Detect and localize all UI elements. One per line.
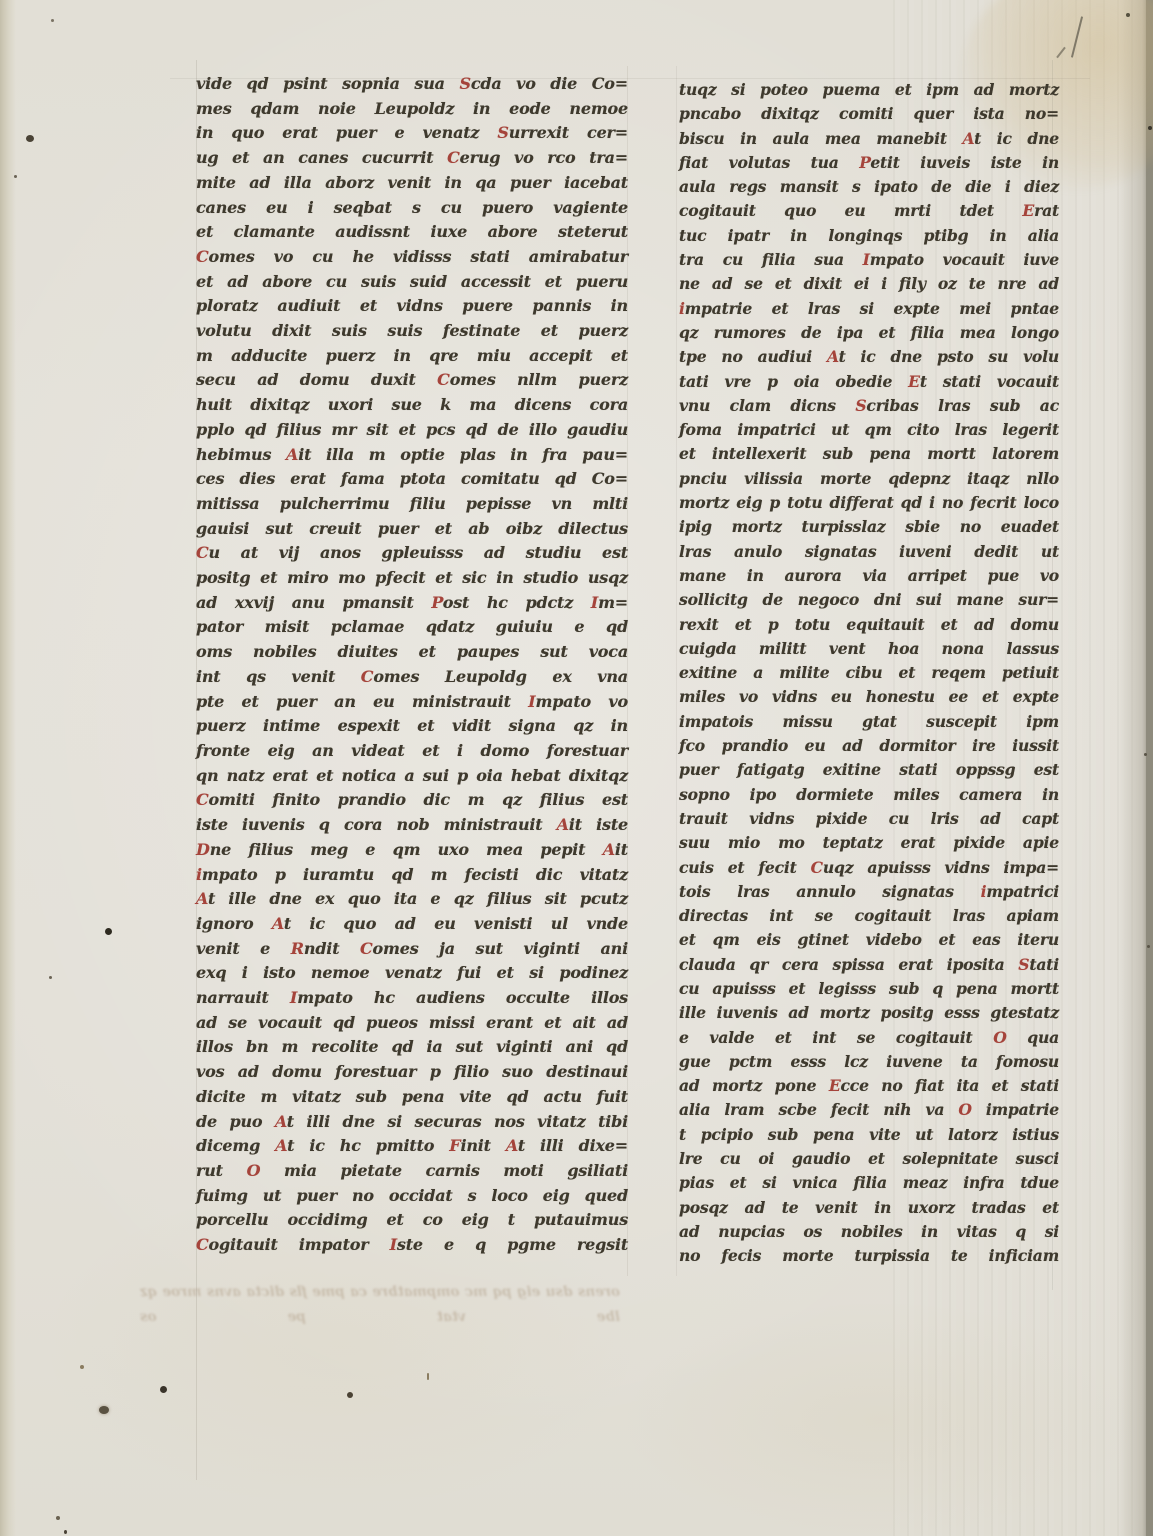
manuscript-line: impato p iuramtu qd m fecisti dic vitatz (196, 863, 628, 888)
ink-speck (26, 135, 34, 142)
manuscript-line: ipig mortz turpisslaz sbie no euadet (679, 515, 1059, 539)
manuscript-line: Cu at vij anos gpleuisss ad studiu est (196, 541, 628, 566)
rubric-initial: C (196, 790, 209, 809)
manuscript-line: tois lras annulo signatas impatrici (679, 880, 1059, 904)
manuscript-line: mite ad illa aborz venit in qa puer iace… (196, 171, 628, 196)
parchment-mottling (620, 1300, 1140, 1536)
manuscript-line: cuigda militt vent hoa nona lassus (679, 637, 1059, 661)
manuscript-line: positg et miro mo pfecit et sic in studi… (196, 566, 628, 591)
manuscript-line: et intellexerit sub pena mortt latorem (679, 442, 1059, 466)
page-gutter-edge (0, 0, 16, 1536)
manuscript-line: cogitauit quo eu mrti tdet Erat (679, 199, 1059, 223)
manuscript-line: pias et si vnica filia meaz infra tdue (679, 1171, 1059, 1195)
rubric-initial: C (811, 858, 823, 877)
manuscript-page: vide qd psint sopnia sua Scda vo die Co=… (0, 0, 1153, 1536)
manuscript-line: no fecis morte turpissia te inficiam (679, 1244, 1059, 1268)
manuscript-line: aula regs mansit s ipato de die i diez (679, 175, 1059, 199)
rubric-initial: P (431, 593, 442, 612)
rubric-initial: S (497, 123, 508, 142)
manuscript-line: qz rumores de ipa et filia mea longo (679, 321, 1059, 345)
rubric-initial: A (196, 889, 208, 908)
manuscript-line: et clamante audissnt iuxe abore steterut (196, 220, 628, 245)
manuscript-line: mane in aurora via arripet pue vo (679, 564, 1059, 588)
rubric-initial: F (449, 1136, 460, 1155)
rubric-initial: C (196, 1235, 209, 1254)
rubric-initial: A (827, 347, 839, 366)
page-right-edge-shade (1118, 0, 1148, 1536)
manuscript-line: mes qdam noie Leupoldz in eode nemoe (196, 97, 628, 122)
manuscript-line: pplo qd filius mr sit et pcs qd de illo … (196, 418, 628, 443)
page-right-outer-strip (1146, 0, 1153, 1536)
rubric-initial: C (360, 939, 373, 958)
manuscript-line: vide qd psint sopnia sua Scda vo die Co= (196, 72, 628, 97)
manuscript-line: gauisi sut creuit puer et ab oibz dilect… (196, 517, 628, 542)
manuscript-line: porcellu occidimg et co eig t putauimus (196, 1208, 628, 1233)
manuscript-line: trauit vidns pixide cu lris ad capt (679, 807, 1059, 831)
manuscript-line: exq i isto nemoe venatz fui et si podine… (196, 961, 628, 986)
manuscript-line: huit dixitqz uxori sue k ma dicens cora (196, 393, 628, 418)
manuscript-line: secu ad domu duxit Comes nllm puerz (196, 368, 628, 393)
manuscript-line: impatrie et lras si expte mei pntae (679, 297, 1059, 321)
ink-speck (105, 928, 112, 935)
manuscript-line: miles vo vidns eu honestu ee et expte (679, 685, 1059, 709)
manuscript-line: directas int se cogitauit lras apiam (679, 904, 1059, 928)
manuscript-line: cu apuisss et legisss sub q pena mortt (679, 977, 1059, 1001)
manuscript-line: tuqz si poteo puema et ipm ad mortz (679, 78, 1059, 102)
manuscript-line: hebimus Ait illa m optie plas in fra pau… (196, 443, 628, 468)
manuscript-line: rexit et p totu equitauit et ad domu (679, 613, 1059, 637)
manuscript-line: biscu in aula mea manebit At ic dne (679, 127, 1059, 151)
manuscript-line: dicite m vitatz sub pena vite qd actu fu… (196, 1085, 628, 1110)
rubric-initial: E (1022, 201, 1034, 220)
manuscript-line: ad xxvij anu pmansit Post hc pdctz Im= (196, 591, 628, 616)
rubric-initial: I (390, 1235, 397, 1254)
manuscript-line: volutu dixit suis suis festinate et puer… (196, 319, 628, 344)
manuscript-line: posqz ad te venit in uxorz tradas et (679, 1196, 1059, 1220)
manuscript-line: gue pctm esss lcz iuvene ta fomosu (679, 1050, 1059, 1074)
manuscript-line: ploratz audiuit et vidns puere pannis in (196, 294, 628, 319)
manuscript-line: ignoro At ic quo ad eu venisti ul vnde (196, 912, 628, 937)
manuscript-line: ug et an canes cucurrit Cerug vo rco tra… (196, 146, 628, 171)
rubric-initial: R (291, 939, 304, 958)
manuscript-line: mitissa pulcherrimu filiu pepisse vn mlt… (196, 492, 628, 517)
manuscript-line: et qm eis gtinet videbo et eas iteru (679, 928, 1059, 952)
manuscript-line: dicemg At ic hc pmitto Finit At illi dix… (196, 1134, 628, 1159)
rubric-initial: A (557, 815, 569, 834)
manuscript-line: narrauit Impato hc audiens occulte illos (196, 986, 628, 1011)
rubric-initial: S (459, 74, 470, 93)
rubric-initial: I (863, 250, 870, 269)
rubric-initial: A (275, 1112, 287, 1131)
rubric-initial: C (196, 543, 209, 562)
manuscript-line: ces dies erat fama ptota comitatu qd Co= (196, 467, 628, 492)
manuscript-line: illos bn m recolite qd ia sut viginti an… (196, 1035, 628, 1060)
rubric-initial: A (286, 445, 298, 464)
manuscript-line: suu mio mo teptatz erat pixide apie (679, 831, 1059, 855)
manuscript-line: puer fatigatg exitine stati oppssg est (679, 758, 1059, 782)
manuscript-line: oms nobiles diuites et paupes sut voca (196, 640, 628, 665)
text-column-right: tuqz si poteo puema et ipm ad mortzpncab… (679, 78, 1059, 1269)
ruling-line-vertical (676, 66, 677, 1276)
manuscript-line: cuis et fecit Cuqz apuisss vidns impa= (679, 856, 1059, 880)
ink-speck (49, 976, 52, 979)
rubric-initial: C (361, 667, 374, 686)
manuscript-line: mortz eig p totu differat qd i no fecrit… (679, 491, 1059, 515)
manuscript-line: sollicitg de negoco dni sui mane sur= (679, 588, 1059, 612)
manuscript-line: fronte eig an videat et i domo forestuar (196, 739, 628, 764)
manuscript-line: iste iuvenis q cora nob ministrauit Ait … (196, 813, 628, 838)
manuscript-line: canes eu i seqbat s cu puero vagiente (196, 196, 628, 221)
rubric-initial: E (908, 372, 920, 391)
manuscript-line: puerz intime espexit et vidit signa qz i… (196, 714, 628, 739)
manuscript-line: ad mortz pone Ecce no fiat ita et stati (679, 1074, 1059, 1098)
manuscript-line: m adducite puerz in qre miu accepit et (196, 344, 628, 369)
manuscript-line: in quo erat puer e venatz Surrexit cer= (196, 121, 628, 146)
manuscript-line: vnu clam dicns Scribas lras sub ac (679, 394, 1059, 418)
ink-speck (64, 1530, 67, 1534)
manuscript-line: lras anulo signatas iuveni dedit ut (679, 540, 1059, 564)
text-column-left: vide qd psint sopnia sua Scda vo die Co=… (196, 72, 628, 1258)
manuscript-line: Comes vo cu he vidisss stati amirabatur (196, 245, 628, 270)
manuscript-line: tra cu filia sua Impato vocauit iuve (679, 248, 1059, 272)
manuscript-line: exitine a milite cibu et reqem petiuit (679, 661, 1059, 685)
manuscript-line: tpe no audiui At ic dne psto su volu (679, 345, 1059, 369)
manuscript-line: foma impatrici ut qm cito lras legerit (679, 418, 1059, 442)
manuscript-line: Cogitauit impator Iste e q pgme regsit (196, 1233, 628, 1258)
rubric-initial: O (247, 1161, 261, 1180)
rubric-initial: I (591, 593, 598, 612)
rubric-initial: S (855, 396, 866, 415)
rubric-initial: P (859, 153, 870, 172)
manuscript-line: impatois missu gtat suscepit ipm (679, 710, 1059, 734)
manuscript-line: pte et puer an eu ministrauit Impato vo (196, 690, 628, 715)
manuscript-line: int qs venit Comes Leupoldg ex vna (196, 665, 628, 690)
manuscript-line: venit e Rndit Comes ja sut viginti ani (196, 937, 628, 962)
manuscript-line: fiat volutas tua Petit iuveis iste in (679, 151, 1059, 175)
manuscript-line: pnciu vilissia morte qdepnz itaqz nllo (679, 467, 1059, 491)
manuscript-line: e valde et int se cogitauit O qua (679, 1026, 1059, 1050)
manuscript-line: clauda qr cera spissa erat iposita Stati (679, 953, 1059, 977)
rubric-initial: C (196, 247, 209, 266)
manuscript-line: ille iuvenis ad mortz positg esss gtesta… (679, 1001, 1059, 1025)
rubric-initial: C (447, 148, 460, 167)
rubric-initial: A (506, 1136, 518, 1155)
manuscript-line: Dne filius meg e qm uxo mea pepit Ait (196, 838, 628, 863)
rubric-initial: O (958, 1100, 971, 1119)
manuscript-line: et ad abore cu suis suid accessit et pue… (196, 270, 628, 295)
manuscript-line: fuimg ut puer no occidat s loco eig qued (196, 1184, 628, 1209)
rubric-initial: A (603, 840, 615, 859)
ink-speck (56, 1516, 60, 1520)
rubric-initial: A (272, 914, 284, 933)
rubric-initial: C (437, 370, 450, 389)
manuscript-line: tuc ipatr in longinqs ptibg in alia (679, 224, 1059, 248)
manuscript-line: fco prandio eu ad dormitor ire iussit (679, 734, 1059, 758)
manuscript-line: Comiti finito prandio dic m qz filius es… (196, 788, 628, 813)
manuscript-line: ad nupcias os nobiles in vitas q si (679, 1220, 1059, 1244)
manuscript-line: sopno ipo dormiete miles camera in (679, 783, 1059, 807)
manuscript-line: qn natz erat et notica a sui p oia hebat… (196, 764, 628, 789)
manuscript-line: At ille dne ex quo ita e qz filius sit p… (196, 887, 628, 912)
manuscript-line: pncabo dixitqz comiti quer ista no= (679, 102, 1059, 126)
manuscript-line: t pcipio sub pena vite ut latorz istius (679, 1123, 1059, 1147)
rubric-initial: D (196, 840, 210, 859)
manuscript-line: alia lram scbe fecit nih va O impatrie (679, 1098, 1059, 1122)
rubric-initial: A (275, 1136, 287, 1155)
ink-speck (51, 19, 54, 22)
rubric-initial: O (993, 1028, 1006, 1047)
manuscript-line: ad se vocauit qd pueos missi erant et ai… (196, 1011, 628, 1036)
rubric-initial: A (963, 129, 975, 148)
manuscript-line: rut O mia pietate carnis moti gsiliati (196, 1159, 628, 1184)
manuscript-line: pator misit pclamae qdatz guiuiu e qd (196, 615, 628, 640)
rubric-initial: S (1018, 955, 1029, 974)
manuscript-line: ne ad se et dixit ei i fily oz te nre ad (679, 272, 1059, 296)
manuscript-line: lre cu oi gaudio et solepnitate susci (679, 1147, 1059, 1171)
manuscript-line: vos ad domu forestuar p filio suo destin… (196, 1060, 628, 1085)
manuscript-line: tati vre p oia obedie Et stati vocauit (679, 370, 1059, 394)
manuscript-line: de puo At illi dne si securas nos vitatz… (196, 1110, 628, 1135)
rubric-initial: E (829, 1076, 841, 1095)
